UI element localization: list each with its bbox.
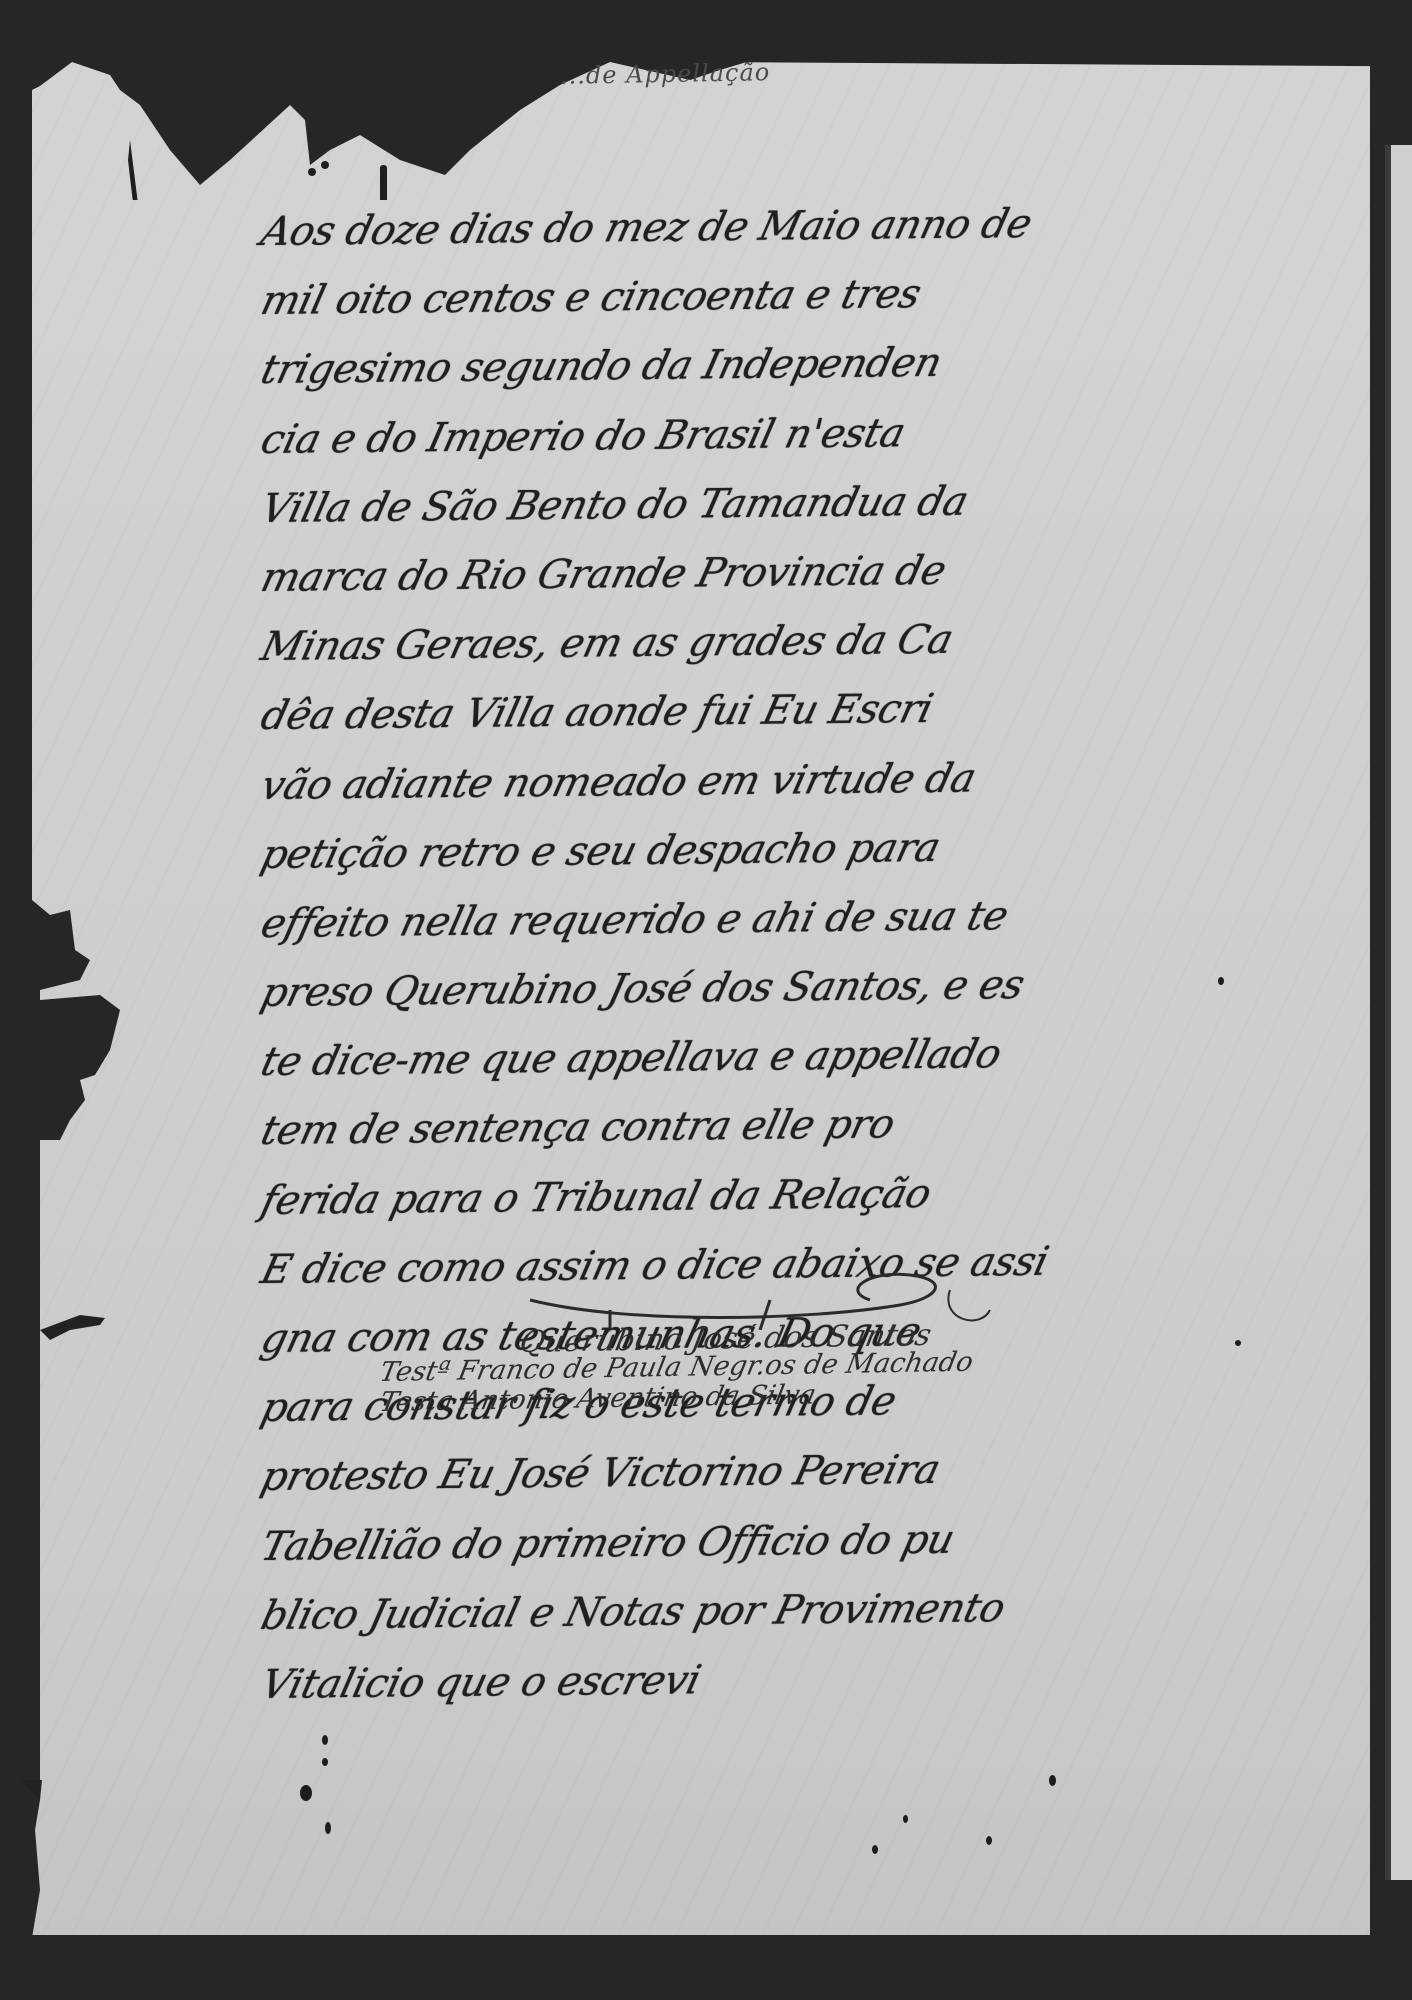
ink-spot — [872, 1845, 878, 1854]
ink-spot — [986, 1836, 992, 1845]
manuscript-line: Aos doze dias do mez de Maio anno de — [254, 189, 1173, 268]
manuscript-line: protesto Eu José Victorino Pereira — [254, 1434, 1173, 1513]
manuscript-line: vão adiante nomeado em virtude da — [254, 742, 1173, 821]
header-note-text: ...de Appellação — [560, 58, 771, 90]
scan-bottom-shadow — [0, 1935, 1412, 2000]
manuscript-line: Vitalicio que o escrevi — [254, 1642, 1173, 1721]
manuscript-line: Tabellião do primeiro Officio do pu — [254, 1503, 1173, 1582]
adjacent-page-edge — [1385, 145, 1412, 1880]
manuscript-line: trigesimo segundo da Independen — [254, 327, 1173, 406]
manuscript-line: Minas Geraes, em as grades da Ca — [254, 604, 1173, 683]
ink-spot — [1235, 1340, 1241, 1346]
ink-spot — [300, 1785, 312, 1801]
manuscript-line: te dice-me que appellava e appellado — [254, 1019, 1173, 1098]
manuscript-line: effeito nella requerido e ahi de sua te — [254, 880, 1173, 959]
ink-spot — [1049, 1775, 1056, 1786]
manuscript-line: mil oito centos e cincoenta e tres — [254, 258, 1173, 337]
manuscript-line: ferida para o Tribunal da Relação — [254, 1157, 1173, 1236]
manuscript-line: tem de sentença contra elle pro — [254, 1088, 1173, 1167]
signature-block: Querubino José dos Santos Testª Franco d… — [380, 1328, 1180, 1418]
ink-spot — [322, 1735, 328, 1745]
manuscript-line: petição retro e seu despacho para — [254, 811, 1173, 890]
manuscript-line: marca do Rio Grande Provincia de — [254, 535, 1173, 614]
ink-spot — [903, 1815, 908, 1823]
manuscript-line: preso Querubino José dos Santos, e es — [254, 950, 1173, 1029]
ink-spot — [325, 1822, 331, 1834]
manuscript-line: blico Judicial e Notas por Provimento — [254, 1572, 1173, 1651]
manuscript-line: Villa de São Bento do Tamandua da — [254, 465, 1173, 544]
ink-spot — [322, 1758, 328, 1766]
manuscript-line: dêa desta Villa aonde fui Eu Escri — [254, 673, 1173, 752]
ink-spot — [1218, 977, 1224, 985]
manuscript-line: cia e do Imperio do Brasil n'esta — [254, 396, 1173, 475]
manuscript-body: Aos doze dias do mez de Maio anno de mil… — [262, 198, 1162, 1720]
document-header-note: ...de Appellação — [560, 58, 771, 90]
